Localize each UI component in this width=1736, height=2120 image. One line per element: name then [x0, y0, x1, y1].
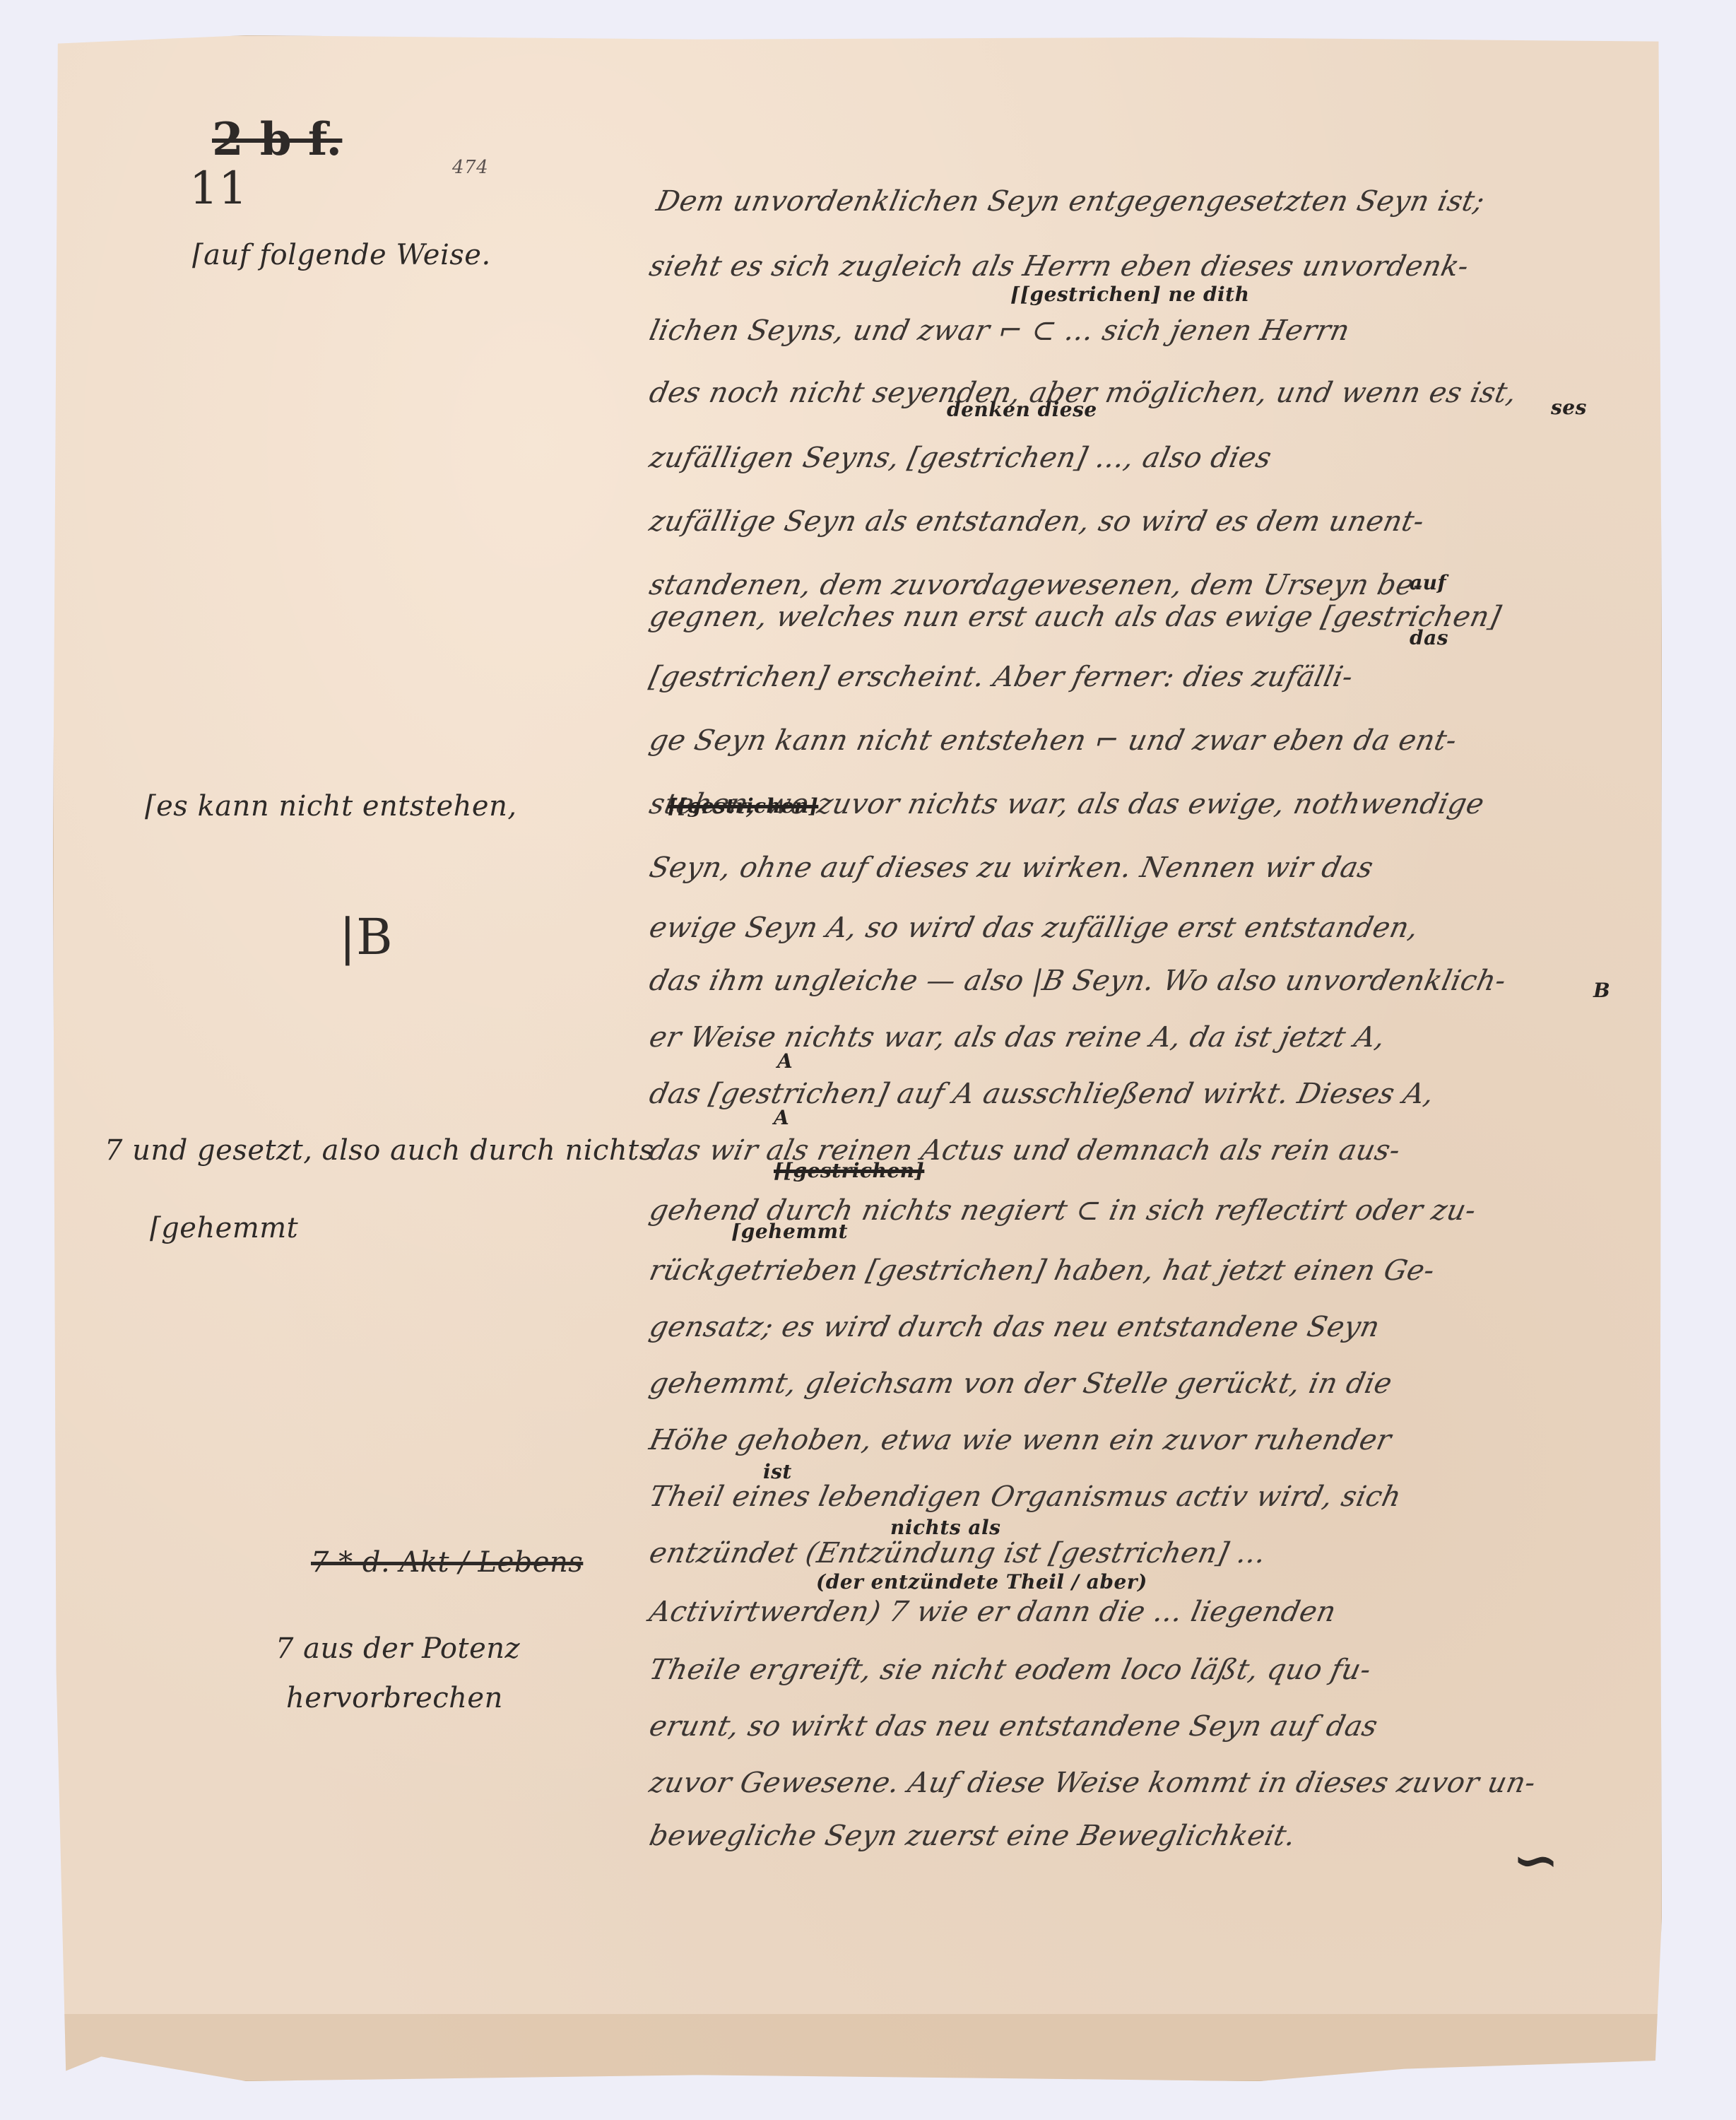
text-line: sieht es sich zugleich als Herrn eben di…: [646, 250, 1472, 283]
text-line: erunt, so wirkt das neu entstandene Seyn…: [646, 1710, 1381, 1743]
text-line: zufällige Seyn als entstanden, so wird e…: [646, 505, 1427, 538]
margin-note: hervorbrechen: [286, 1682, 503, 1714]
text-line: zufälligen Seyns, [gestrichen] ..., also…: [646, 442, 1275, 474]
text-line: standenen, dem zuvordagewesenen, dem Urs…: [646, 569, 1427, 601]
margin-siglum: |B: [339, 908, 393, 966]
text-line: Höhe gehoben, etwa wie wenn ein zuvor ru…: [646, 1424, 1394, 1456]
text-line: bewegliche Seyn zuerst eine Beweglichkei…: [646, 1820, 1299, 1852]
text-line: das [gestrichen] auf A ausschließend wir…: [646, 1078, 1437, 1110]
interlinear-insertion: (der entzündete Theil / aber): [816, 1570, 1147, 1594]
margin-note-struck: 7 * d. Akt / Lebens: [311, 1546, 583, 1579]
text-line: ewige Seyn A, so wird das zufällige erst…: [646, 912, 1422, 944]
text-line: lichen Seyns, und zwar ⌐ ⊂ ... sich jene…: [646, 314, 1352, 347]
text-line: Seyn, ohne auf dieses zu wirken. Nennen …: [646, 852, 1376, 884]
interlinear-insertion: ses: [1551, 396, 1587, 419]
text-line: Activirtwerden) 7 wie er dann die ... li…: [646, 1596, 1339, 1628]
interlinear-insertion: das: [1410, 626, 1448, 649]
text-line: zuvor Gewesene. Auf diese Weise kommt in…: [646, 1767, 1539, 1799]
folio-number: 11: [189, 163, 247, 215]
interlinear-insertion: ist: [763, 1460, 792, 1483]
text-line: Dem unvordenklichen Seyn entgegengesetzt…: [654, 185, 1488, 218]
text-line: er Weise nichts war, als das reine A, da…: [646, 1021, 1388, 1054]
interlinear-insertion: nichts als: [890, 1516, 1000, 1539]
interlinear-insertion: ⌈gehemmt: [731, 1220, 848, 1243]
text-line: ge Seyn kann nicht entstehen ⌐ und zwar …: [646, 724, 1460, 757]
text-line: entzündet (Entzündung ist [gestrichen] .…: [646, 1537, 1269, 1570]
margin-note: 7 aus der Potenz: [276, 1632, 520, 1665]
interlinear-insertion: ⌈[gestrichen] ne dith: [1010, 283, 1249, 306]
margin-note: ⌈gehemmt: [150, 1212, 298, 1244]
text-line: gensatz; es wird durch das neu entstande…: [646, 1311, 1383, 1343]
text-line: gegnen, welches nun erst auch als das ew…: [646, 601, 1504, 633]
interlinear-insertion: ⌈[gestrichen]: [668, 794, 818, 818]
text-line: [gestrichen] erscheint. Aber ferner: die…: [646, 661, 1356, 693]
interlinear-insertion: A: [777, 1049, 793, 1073]
text-line: Theile ergreift, sie nicht eodem loco lä…: [646, 1654, 1374, 1686]
interlinear-insertion: A: [774, 1106, 789, 1129]
interlinear-insertion: auf: [1410, 571, 1446, 594]
margin-note: ⌈auf folgende Weise.: [192, 239, 491, 271]
text-line: das ihm ungleiche — also |B Seyn. Wo als…: [646, 965, 1509, 997]
interlinear-insertion: denken diese: [947, 398, 1097, 421]
struck-folio-number: 2 b f.: [212, 113, 342, 166]
margin-note: 7 und gesetzt, also auch durch nichts: [105, 1134, 654, 1167]
margin-note: ⌈es kann nicht entstehen,: [145, 790, 517, 823]
paper-repair-strip: [53, 2014, 1662, 2081]
text-line: rückgetrieben [gestrichen] haben, hat je…: [646, 1254, 1438, 1287]
text-line: das wir als reinen Actus und demnach als…: [646, 1134, 1403, 1167]
interlinear-insertion: ⌈[gestrichen]: [774, 1159, 924, 1182]
text-line: Theil eines lebendigen Organismus activ …: [646, 1480, 1404, 1513]
text-line: gehemmt, gleichsam von der Stelle gerück…: [646, 1367, 1395, 1400]
interlinear-insertion: B: [1593, 979, 1610, 1002]
closing-flourish-icon: ∽: [1512, 1827, 1560, 1893]
archive-number: 474: [452, 157, 488, 178]
